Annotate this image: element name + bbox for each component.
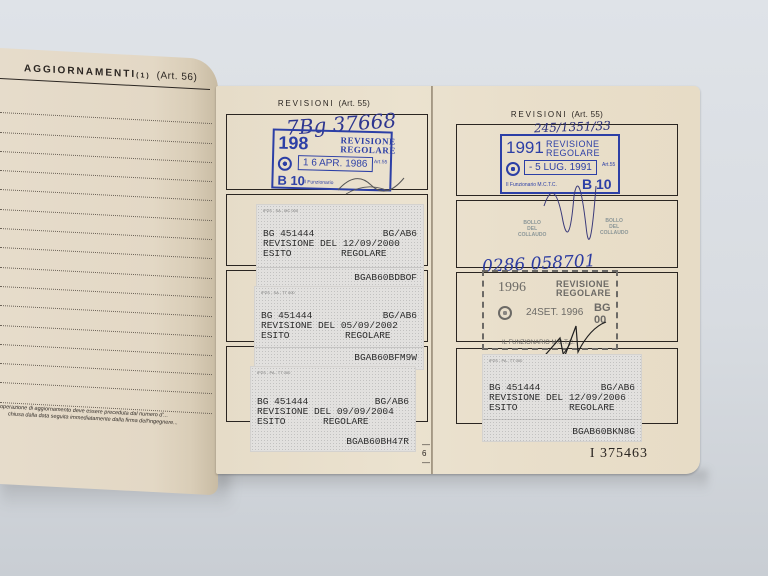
sticker-esito-label: ESITO [261,331,290,341]
faded-stamp-right: BOLLO DEL COLLAUDO [600,218,628,236]
sticker-header: IPZS - PA - TT 000 [489,358,522,363]
right-page-revisioni: REVISIONI(Art. 55) 245/1351/33 1991 REVI… [434,86,700,474]
title-note: (1) [136,72,151,80]
sticker-header: IPZS - SA - MC 000 [263,208,298,213]
stamp-label-line2: REGOLARE [556,289,611,298]
sticker-esito-label: ESITO [257,417,286,427]
stamp-year: 1991 [506,138,544,158]
sticker-stripe [255,347,423,348]
sticker-code: BGAB60BDBOF [354,273,417,283]
sticker-esito-label: ESITO [263,249,292,259]
title-text: REVISIONI [278,99,335,108]
sticker-esito: REGOLARE [341,249,387,259]
sticker-esito: REGOLARE [345,331,391,341]
republic-emblem-icon [506,162,520,176]
stamp-label: REVISIONE REGOLARE [556,280,611,298]
faded-stamp-left: BOLLO DEL COLLAUDO [518,220,546,238]
sticker-code: BGAB60BFM9W [354,353,417,363]
title-text: AGGIORNAMENTI [24,63,136,80]
article-ref: (Art. 56) [157,70,198,83]
stamp-label: REVISIONE REGOLARE [340,136,396,155]
middle-page-title: REVISIONI(Art. 55) [216,99,432,108]
sticker-esito-label: ESITO [489,403,518,413]
middle-page-revisioni: REVISIONI(Art. 55) 7Bg 37668 198 REVISIO… [216,86,432,474]
sticker-header: IPZS - SA - TT 000 [261,290,295,295]
left-page-aggiornamenti: AGGIORNAMENTI(1)(Art. 56) operazione di … [0,48,218,495]
right-page-title: REVISIONI(Art. 55) [424,110,690,119]
republic-emblem-icon [278,157,292,171]
revision-sticker-2002: IPZS - SA - TT 000 BG 451444 BG/AB6 REVI… [254,286,424,370]
stamp-official: Il Funzionario [303,179,333,186]
sticker-esito: REGOLARE [569,403,615,413]
revision-sticker-2000: IPZS - SA - MC 000 BG 451444 BG/AB6 REVI… [256,204,424,288]
article-ref: (Art. 55) [339,99,371,108]
stamp-code: B 10 [277,173,305,189]
revision-sticker-2006: IPZS - PA - TT 000 BG 451444 BG/AB6 REVI… [482,354,642,442]
sticker-code: BGAB60BH47R [346,437,409,447]
sticker-header: IPZS - PA - TT 000 [257,370,290,375]
dotted-lines [0,94,212,414]
sticker-code: BGAB60BKN8G [572,427,635,437]
title-text: REVISIONI [511,110,568,119]
sticker-stripe [257,267,423,268]
revision-sticker-2004: IPZS - PA - TT 000 BG 451444 BG/AB6 REVI… [250,366,416,452]
faded-line3: COLLAUDO [518,232,546,238]
sticker-esito: REGOLARE [323,417,369,427]
faded-line3: COLLAUDO [600,230,628,236]
republic-emblem-icon [498,306,512,320]
stamp-art: Art.55 [602,162,615,168]
stamp-year: 198 [278,133,309,155]
article-ref: (Art. 55) [572,110,604,119]
signature-scribble [336,160,406,200]
revisioni-spread: REVISIONI(Art. 55) 7Bg 37668 198 REVISIO… [216,86,700,474]
page-number: — 6 — [422,440,432,467]
stamp-label-line2: REGOLARE [340,145,396,155]
stamp-year: 1996 [498,280,526,296]
document-serial-number: I 375463 [590,446,648,462]
sticker-stripe [483,419,641,420]
handwritten-number: 245/1351/33 [534,119,611,136]
